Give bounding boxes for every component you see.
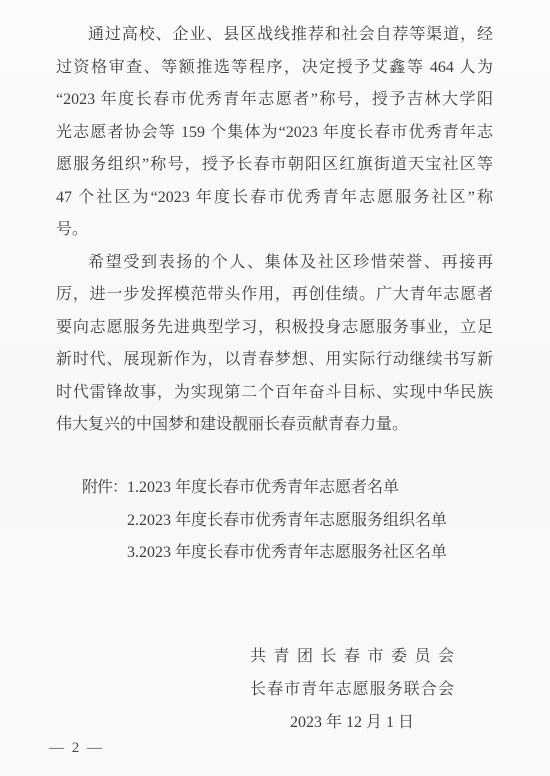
paragraph1-line: 愿服务组织”称号，授予长春市朝阳区红旗街道天宝社区等 <box>56 149 493 182</box>
paragraph2-line: 希望受到表扬的个人、集体及社区珍惜荣誉、再接再 <box>56 247 493 280</box>
attachment-item: 2.2023 年度长春市优秀青年志愿服务组织名单 <box>127 505 447 538</box>
paragraph1-line: 47 个社区为“2023 年度长春市优秀青年志愿服务社区”称 <box>56 182 493 215</box>
attachments-list: 1.2023 年度长春市优秀青年志愿者名单 2.2023 年度长春市优秀青年志愿… <box>127 472 447 570</box>
paragraph1-line: 通过高校、企业、县区战线推荐和社会自荐等渠道，经 <box>56 19 493 52</box>
paragraph2-line: 要向志愿服务先进典型学习，积极投身志愿服务事业，立足 <box>56 312 493 345</box>
signature-organization-1: 共青团长春市委员会 <box>250 640 454 673</box>
page-number: — 2 — <box>49 740 104 757</box>
document-body: 通过高校、企业、县区战线推荐和社会自荐等渠道，经 过资格审查、等额推选等程序，决… <box>56 19 493 442</box>
paragraph2-line: 新时代、展现新作为，以青春梦想、用实际行动继续书写新 <box>56 344 493 377</box>
paragraph2-line: 厉，进一步发挥模范带头作用，再创佳绩。广大青年志愿者 <box>56 279 493 312</box>
signature-organization-2: 长春市青年志愿服务联合会 <box>250 673 454 706</box>
attachments-block: 附件： 1.2023 年度长春市优秀青年志愿者名单 2.2023 年度长春市优秀… <box>82 472 447 570</box>
paragraph1-line: 光志愿者协会等 159 个集体为“2023 年度长春市优秀青年志 <box>56 117 493 150</box>
paragraph1-line: 号。 <box>56 214 493 247</box>
paragraph1-line: “2023 年度长春市优秀青年志愿者”称号，授予吉林大学阳 <box>56 84 493 117</box>
document-page: 通过高校、企业、县区战线推荐和社会自荐等渠道，经 过资格审查、等额推选等程序，决… <box>0 0 550 776</box>
attachment-item: 1.2023 年度长春市优秀青年志愿者名单 <box>127 472 447 505</box>
signature-date: 2023 年 12 月 1 日 <box>250 706 454 739</box>
attachments-label: 附件： <box>82 472 127 505</box>
signature-block: 共青团长春市委员会 长春市青年志愿服务联合会 2023 年 12 月 1 日 <box>250 640 454 739</box>
paragraph2-line: 伟大复兴的中国梦和建设靓丽长春贡献青春力量。 <box>56 409 493 442</box>
paragraph1-line: 过资格审查、等额推选等程序，决定授予艾鑫等 464 人为 <box>56 52 493 85</box>
paragraph2-line: 时代雷锋故事，为实现第二个百年奋斗目标、实现中华民族 <box>56 377 493 410</box>
attachment-item: 3.2023 年度长春市优秀青年志愿服务社区名单 <box>127 537 447 570</box>
